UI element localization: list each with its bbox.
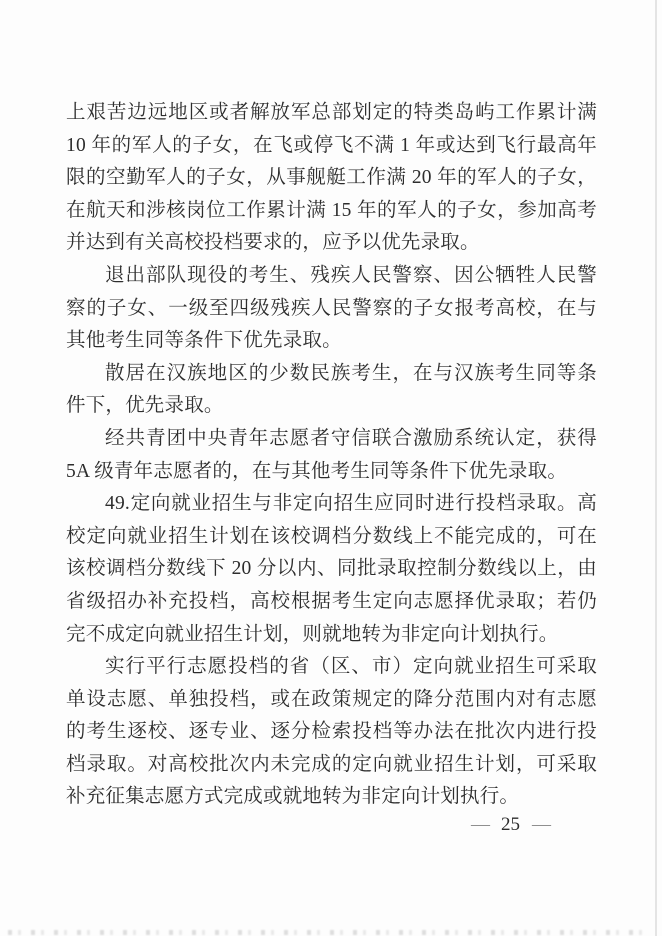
- page-number-left-dash: —: [471, 814, 489, 835]
- page-number-right-dash: —: [532, 814, 550, 835]
- paragraph-military-children-priority: 上艰苦边远地区或者解放军总部划定的特类岛屿工作累计满 10 年的军人的子女，在飞…: [66, 97, 597, 260]
- body-text: 上艰苦边远地区或者解放军总部划定的特类岛屿工作累计满 10 年的军人的子女，在飞…: [66, 97, 597, 814]
- scan-artifact-bottom-row: [8, 930, 648, 935]
- paragraph-veterans-police-children: 退出部队现役的考生、残疾人民警察、因公牺牲人民警察的子女、一级至四级残疾人民警察…: [66, 260, 597, 358]
- paragraph-parallel-volunteer-provinces: 实行平行志愿投档的省（区、市）定向就业招生可采取单设志愿、单独投档，或在政策规定…: [66, 651, 597, 814]
- document-page: 上艰苦边远地区或者解放军总部划定的特类岛屿工作累计满 10 年的军人的子女，在飞…: [0, 0, 662, 936]
- paragraph-49-directed-employment: 49.定向就业招生与非定向招生应同时进行投档录取。高校定向就业招生计划在该校调档…: [66, 488, 597, 651]
- scan-artifact-right-edge: [655, 0, 657, 936]
- page-number-value: 25: [501, 814, 520, 835]
- paragraph-minority-candidates: 散居在汉族地区的少数民族考生，在与汉族考生同等条件下，优先录取。: [66, 358, 597, 423]
- paragraph-volunteer-5a: 经共青团中央青年志愿者守信联合激励系统认定，获得 5A 级青年志愿者的，在与其他…: [66, 423, 597, 488]
- page-number: —25—: [471, 810, 550, 840]
